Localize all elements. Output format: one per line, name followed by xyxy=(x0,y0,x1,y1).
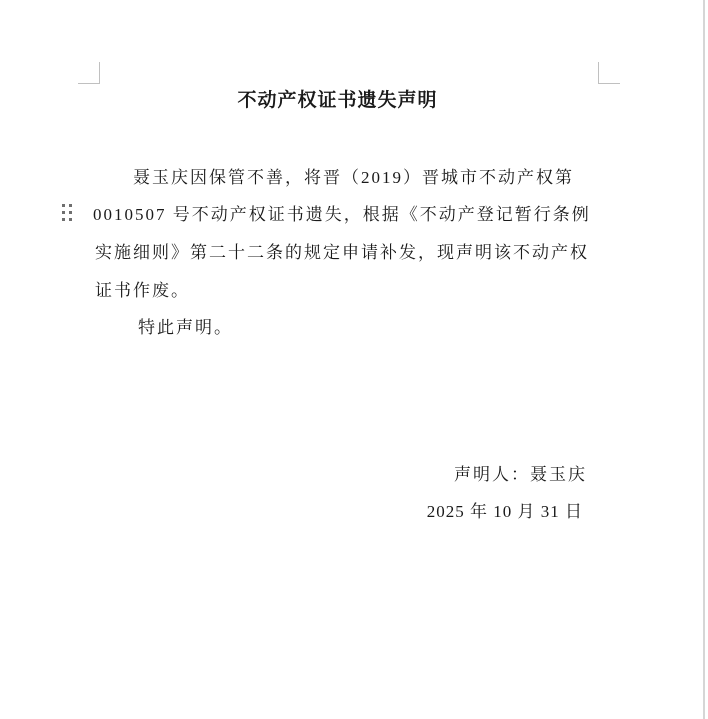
paragraph-line-5[interactable]: 特此声明。 xyxy=(138,317,233,339)
declarant-signature[interactable]: 声明人：聂玉庆 xyxy=(454,464,587,486)
drag-handle-dot xyxy=(69,211,72,214)
drag-handle-dot xyxy=(62,211,65,214)
document-page: 不动产权证书遗失声明 聂玉庆因保管不善，将晋（2019）晋城市不动产权第 001… xyxy=(0,0,708,719)
paragraph-line-4[interactable]: 证书作废。 xyxy=(95,280,190,302)
text-boundary-mark-top-left-icon xyxy=(78,62,100,84)
drag-handle-dot xyxy=(69,204,72,207)
text-boundary-mark-top-right-icon xyxy=(598,62,620,84)
drag-handle-dot xyxy=(69,218,72,221)
page-edge-line xyxy=(703,0,705,719)
declaration-date[interactable]: 2025 年 10 月 31 日 xyxy=(427,501,583,523)
drag-handle-dot xyxy=(62,218,65,221)
paragraph-line-1[interactable]: 聂玉庆因保管不善，将晋（2019）晋城市不动产权第 xyxy=(133,167,574,189)
paragraph-drag-handle-icon[interactable] xyxy=(62,204,72,221)
document-title[interactable]: 不动产权证书遗失声明 xyxy=(0,89,675,113)
paragraph-line-2[interactable]: 0010507 号不动产权证书遗失，根据《不动产登记暂行条例 xyxy=(93,204,591,226)
paragraph-line-3[interactable]: 实施细则》第二十二条的规定申请补发，现声明该不动产权 xyxy=(95,242,589,264)
drag-handle-dot xyxy=(62,204,65,207)
